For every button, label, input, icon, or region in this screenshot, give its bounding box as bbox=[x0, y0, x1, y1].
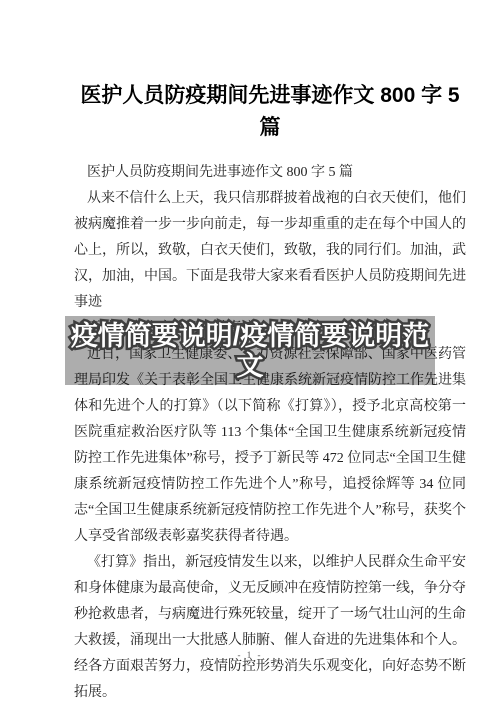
watermark-banner: 疫情简要说明/疫情简要说明范文 bbox=[65, 316, 435, 385]
document-page: 医护人员防疫期间先进事迹作文 800 字 5 篇 医护人员防疫期间先进事迹作文 … bbox=[0, 0, 500, 706]
page-number: - 1 - bbox=[0, 648, 500, 662]
document-content: 医护人员防疫期间先进事迹作文 800 字 5 篇 医护人员防疫期间先进事迹作文 … bbox=[74, 80, 466, 706]
intro-paragraph: 从来不信什么上天，我只信那群披着战袍的白衣天使们，他们被病魔推着一步一步向前走，… bbox=[74, 186, 466, 316]
body-paragraph: 《打算》指出，新冠疫情发生以来，以维护人民群众生命平安和身体健康为最高使命，义无… bbox=[74, 550, 466, 706]
watermark-text: 疫情简要说明/疫情简要说明范文 bbox=[65, 321, 435, 381]
subtitle-line: 医护人员防疫期间先进事迹作文 800 字 5 篇 bbox=[74, 160, 466, 186]
document-title: 医护人员防疫期间先进事迹作文 800 字 5 篇 bbox=[74, 80, 466, 144]
